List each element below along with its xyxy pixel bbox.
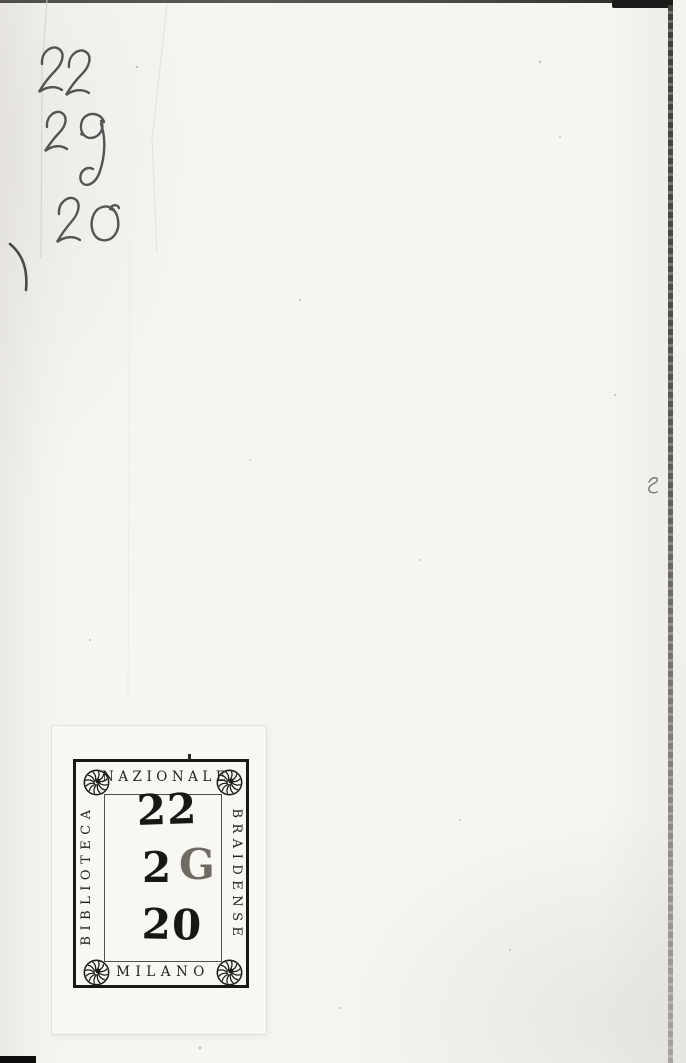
- pencil-squiggle-mark: [642, 472, 666, 498]
- handwritten-shelfmark: [28, 42, 138, 257]
- stamp-word-braidense: BRAIDENSE: [224, 795, 244, 955]
- scanned-book-page: NAZIONALE BIBLIOTECA BRAIDENSE MILANO 22…: [0, 0, 686, 1063]
- stamped-shelfmark-line2-G: G: [179, 844, 216, 886]
- stamped-shelfmark-line2-2: 2: [142, 847, 172, 889]
- pen-stroke-mark: [2, 240, 42, 300]
- handwritten-20: [57, 198, 119, 242]
- stamp-word-milano: MILANO: [102, 964, 224, 980]
- stamp-word-biblioteca: BIBLIOTECA: [79, 795, 99, 955]
- ink-blot: [188, 754, 191, 760]
- stamped-shelfmark-line3: 20: [139, 903, 204, 947]
- library-stamp: NAZIONALE BIBLIOTECA BRAIDENSE MILANO 22…: [73, 759, 249, 988]
- handwritten-22: [39, 47, 89, 95]
- handwritten-2-dot-G: [45, 112, 104, 185]
- stamp-word-nazionale: NAZIONALE: [102, 769, 224, 785]
- stamped-shelfmark-line1: 22: [135, 788, 198, 832]
